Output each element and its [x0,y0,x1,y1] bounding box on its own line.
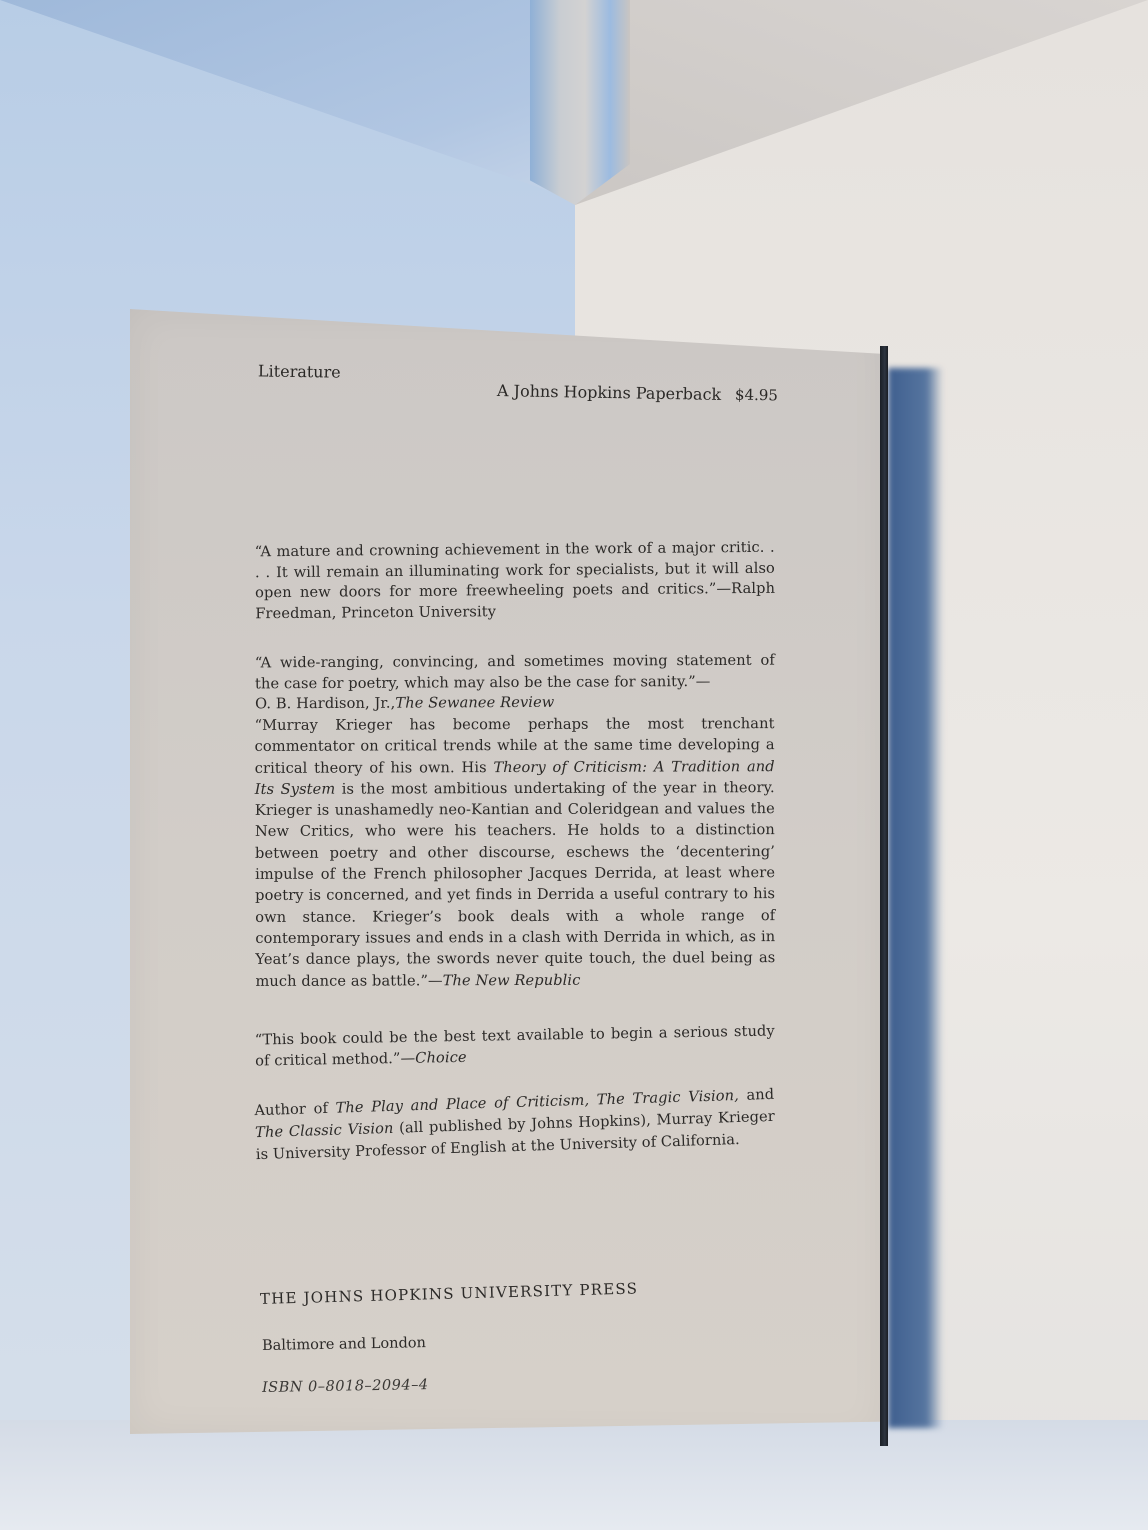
blurb-freedman: “A mature and crowning achievement in th… [255,538,776,625]
blurb-hardison: “A wide-ranging, convincing, and sometim… [255,651,775,715]
blurb-quote: “This book could be the best text availa… [255,1022,775,1069]
book-spine [880,346,888,1446]
blurb-quote-part2: is the most ambitious undertaking of the… [255,779,776,989]
book-shadow [888,368,943,1428]
bio-prefix: Author of [254,1100,336,1120]
blurb-source: Choice [415,1048,467,1066]
blurb-quote: “A mature and crowning achievement in th… [255,539,775,602]
blurb-source: The Sewanee Review [395,694,554,712]
isbn: ISBN 0–8018–2094–4 [262,1377,429,1396]
bio-mid: and [739,1086,775,1104]
blurb-source: The New Republic [443,971,581,988]
blurb-quote: “A wide-ranging, convincing, and sometim… [255,652,775,692]
shelf-floor [0,1420,1148,1530]
blurb-attribution: O. B. Hardison, Jr., [255,695,395,713]
bio-title-2: The Classic Vision [255,1120,394,1141]
blurb-new-republic: “Murray Krieger has become perhaps the m… [255,713,776,992]
publisher-location: Baltimore and London [262,1335,426,1354]
shelf-post [530,0,630,205]
category-label: Literature [258,361,341,381]
series-label: A Johns Hopkins Paperback [497,381,722,404]
price-label: $4.95 [735,386,778,405]
